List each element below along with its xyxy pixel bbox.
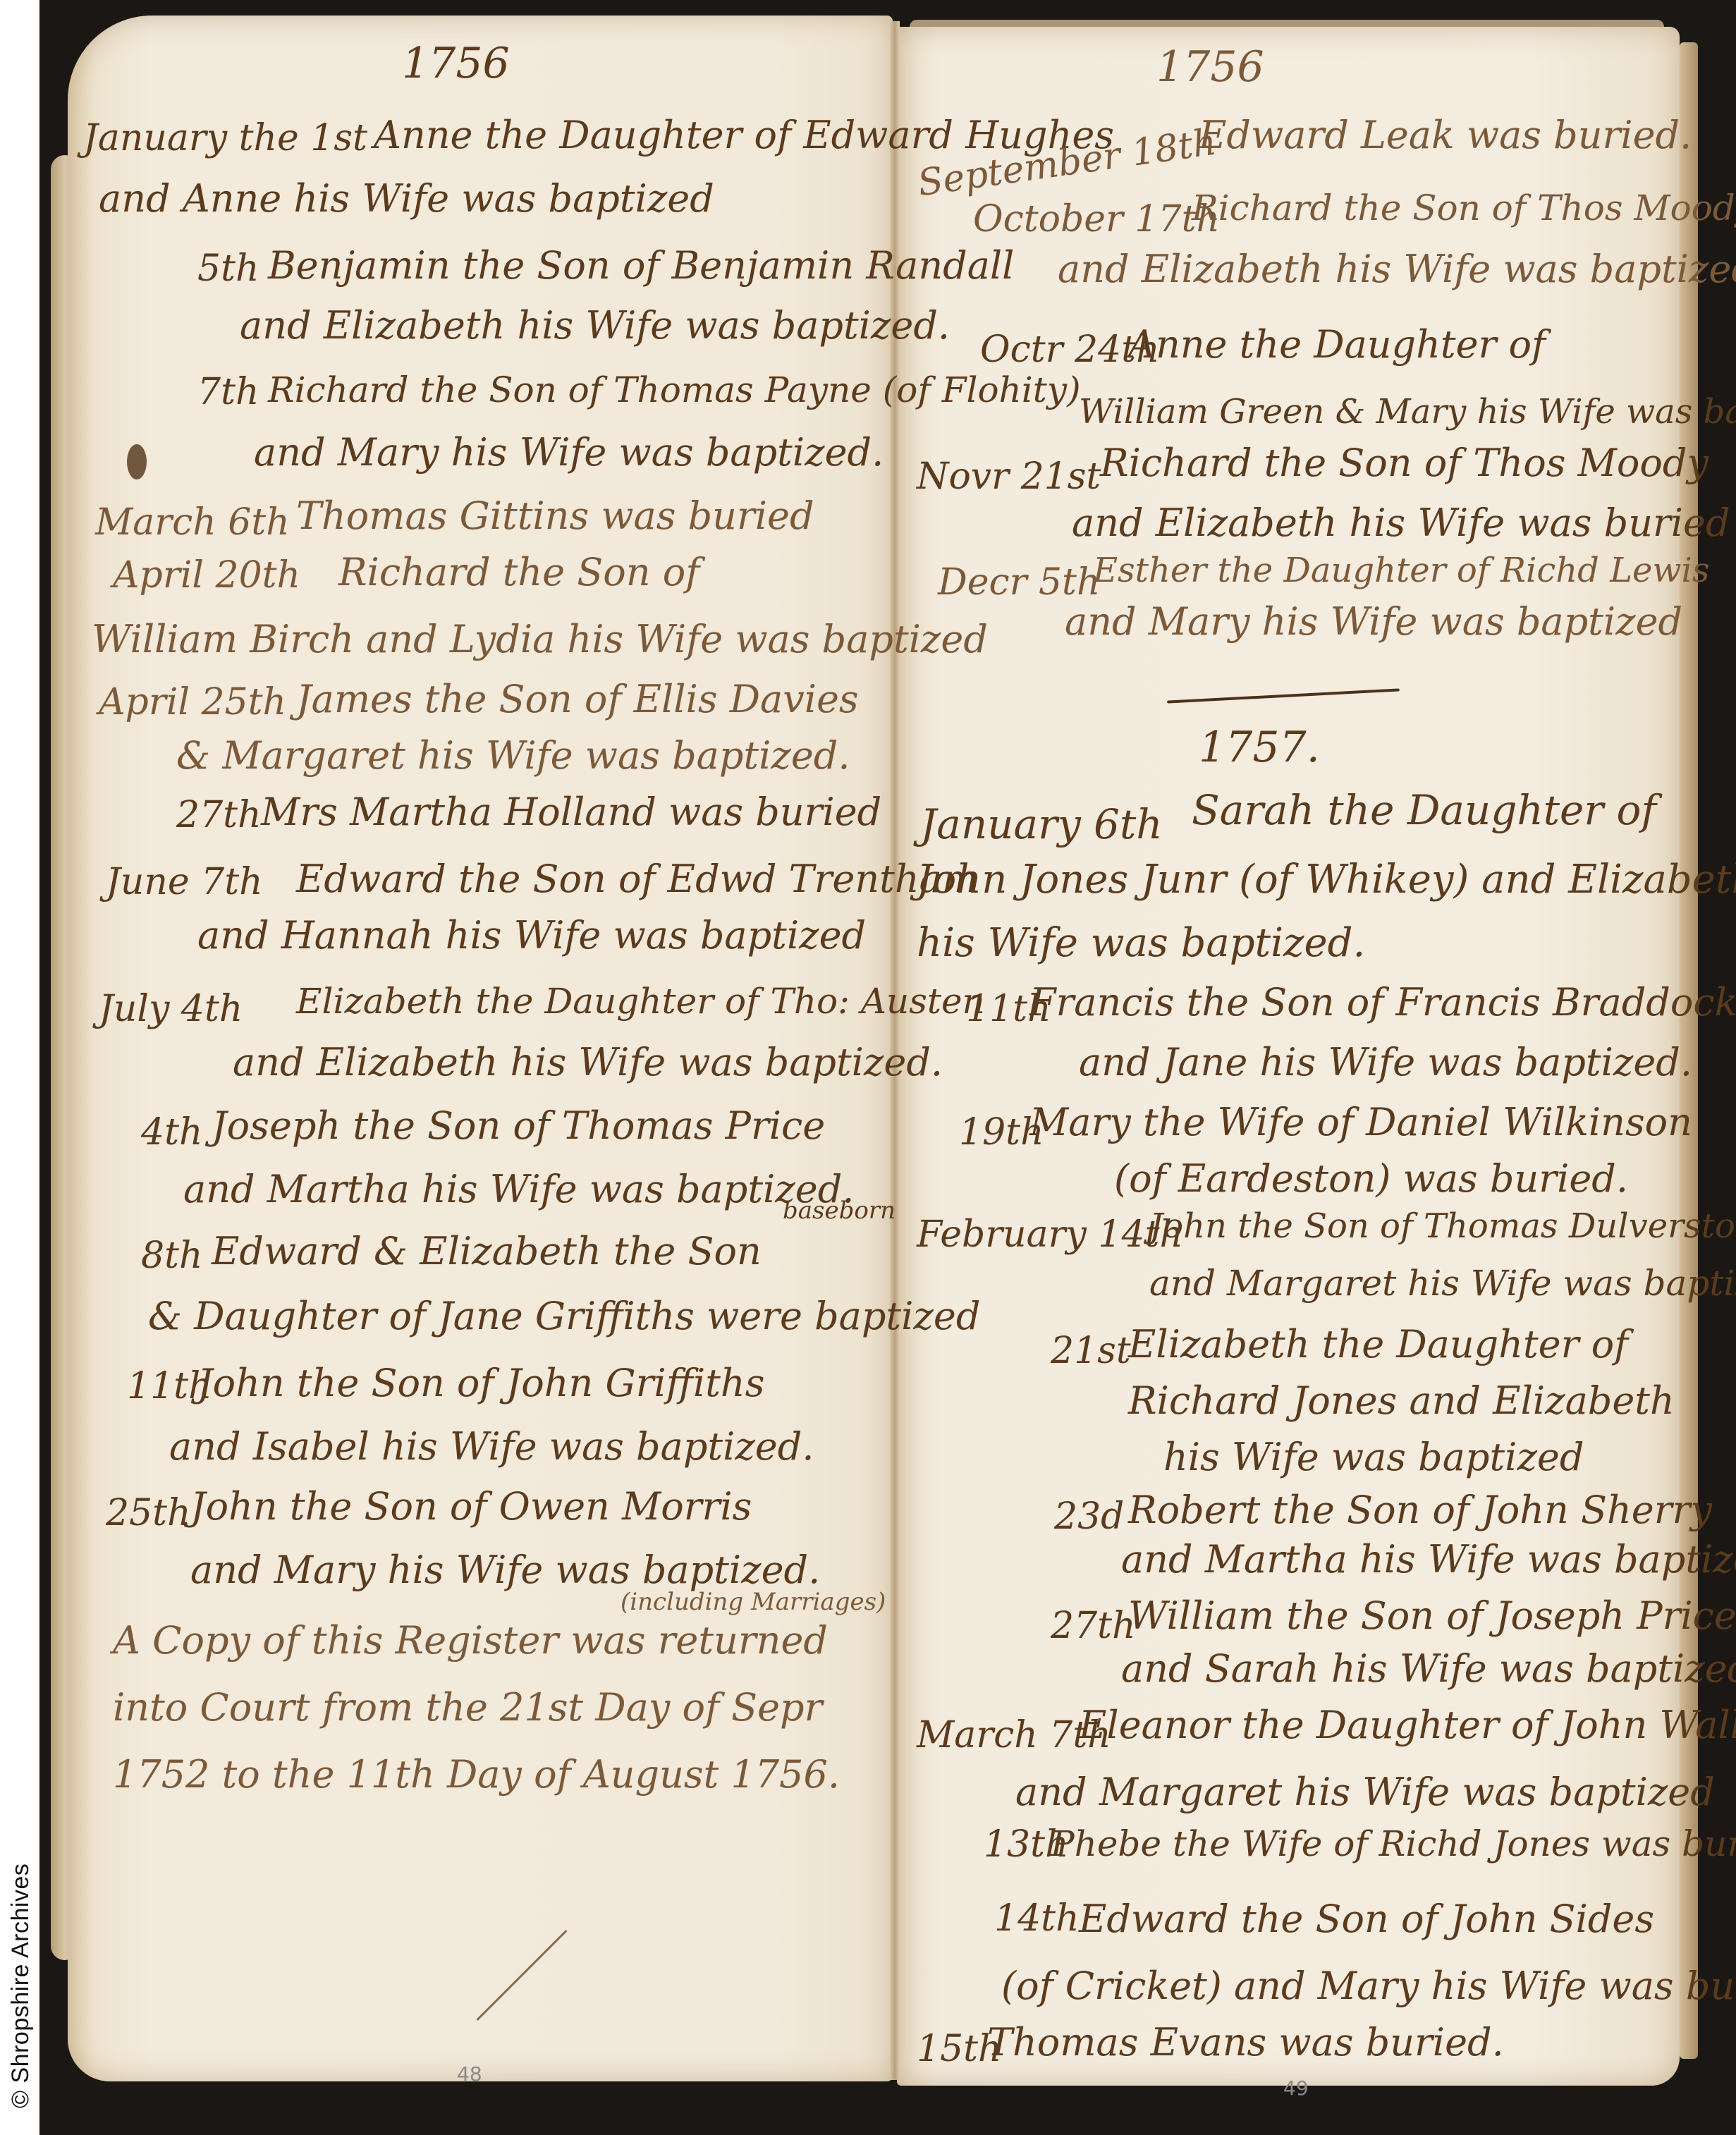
- entry-date: 27th: [176, 797, 262, 833]
- entry-text: William Birch and Lydia his Wife was bap…: [92, 620, 988, 659]
- entry-date: October 17th: [973, 201, 1220, 238]
- entry-text: Richard the Son of Thos Moody: [1100, 444, 1709, 482]
- entry-text: and Mary his Wife was baptized.: [190, 1551, 820, 1589]
- entry-date: Novr 21st: [917, 458, 1101, 495]
- interlinear-note: (including Marriages): [621, 1590, 886, 1614]
- copyright-watermark: © Shropshire Archives: [7, 1864, 35, 2108]
- entry-date: 23d: [1054, 1498, 1124, 1535]
- entry-text: and Martha his Wife was baptized: [1121, 1541, 1736, 1579]
- entry-text: Anne the Daughter of Edward Hughes: [374, 116, 1114, 154]
- entry-date: April 25th: [99, 684, 286, 721]
- entry-text: Elizabeth the Daughter of: [1128, 1326, 1628, 1364]
- entry-text: and Elizabeth his Wife was baptized.: [1058, 250, 1736, 288]
- entry-text: and Elizabeth his Wife was buried: [1072, 504, 1730, 542]
- entry-text: Eleanor the Daughter of John Wall: [1079, 1706, 1736, 1744]
- year-1757-heading: 1757.: [1199, 726, 1320, 769]
- copyright-strip: [0, 0, 39, 2135]
- entry-text: & Margaret his Wife was baptized.: [176, 737, 850, 775]
- entry-text: William Green & Mary his Wife was baptiz…: [1079, 395, 1736, 429]
- entry-date: 8th: [141, 1237, 202, 1274]
- entry-text: Elizabeth the Daughter of Tho: Austen: [296, 984, 985, 1019]
- entry-text: and Martha his Wife was baptized.: [183, 1170, 854, 1209]
- entry-text: Sarah the Daughter of: [1192, 790, 1656, 831]
- entry-text: Francis the Son of Francis Braddock: [1029, 984, 1736, 1022]
- entry-text: and Mary his Wife was baptized.: [254, 434, 884, 472]
- entry-text: James the Son of Ellis Davies: [296, 680, 859, 718]
- entry-text: his Wife was baptized.: [917, 924, 1365, 963]
- entry-text: (of Cricket) and Mary his Wife was burie…: [1001, 1967, 1736, 2005]
- entry-text: Thomas Gittins was buried: [296, 497, 814, 535]
- entry-text: Phebe the Wife of Richd Jones was buried…: [1051, 1826, 1736, 1861]
- entry-text: and Isabel his Wife was baptized.: [169, 1428, 814, 1466]
- entry-text: 1752 to the 11th Day of August 1756.: [113, 1756, 840, 1794]
- entry-date: 21st: [1051, 1333, 1131, 1369]
- entry-date: July 4th: [99, 991, 243, 1027]
- entry-text: and Margaret his Wife was baptized.: [1149, 1266, 1736, 1301]
- entry-text: Robert the Son of John Sherry: [1128, 1491, 1712, 1529]
- entry-date: January 6th: [920, 804, 1163, 845]
- entry-text: Richard Jones and Elizabeth: [1128, 1382, 1675, 1420]
- entry-text: Edward the Son of John Sides: [1079, 1900, 1654, 1938]
- entry-date: March 6th: [95, 504, 290, 541]
- right-folio-number: 49: [1283, 2076, 1309, 2100]
- entry-text: William the Son of Joseph Price: [1128, 1597, 1736, 1635]
- left-year-heading: 1756: [402, 42, 510, 85]
- entry-text: Joseph the Son of Thomas Price: [212, 1107, 825, 1145]
- entry-text: Edward the Son of Edwd Trentham: [296, 860, 978, 898]
- interlinear-note: baseborn: [783, 1199, 895, 1223]
- entry-date: 25th: [106, 1495, 191, 1531]
- entry-date: June 7th: [106, 864, 263, 900]
- entry-text: and Mary his Wife was baptized: [1065, 603, 1682, 641]
- entry-date: 4th: [141, 1114, 202, 1151]
- ink-blot: [127, 444, 147, 479]
- entry-text: Richard the Son of Thos Moody: [1192, 190, 1736, 226]
- entry-text: John the Son of Owen Morris: [190, 1488, 752, 1526]
- entry-text: John Jones Junr (of Whikey) and Elizabet…: [917, 860, 1736, 900]
- entry-text: & Daughter of Jane Griffiths were baptiz…: [148, 1297, 980, 1335]
- entry-text: Edward Leak was buried.: [1199, 116, 1692, 154]
- entry-date: April 20th: [113, 557, 300, 594]
- left-folio-number: 48: [457, 2062, 482, 2086]
- right-year-heading: 1756: [1156, 46, 1264, 88]
- entry-date: 14th: [994, 1900, 1080, 1937]
- entry-text: and Margaret his Wife was baptized: [1015, 1773, 1715, 1811]
- entry-text: and Hannah his Wife was baptized: [197, 917, 866, 955]
- entry-text: his Wife was baptized: [1163, 1438, 1584, 1476]
- entry-date: 7th: [197, 374, 259, 410]
- entry-text: Benjamin the Son of Benjamin Randall: [268, 247, 1014, 285]
- entry-date: 5th: [197, 250, 259, 287]
- entry-text: and Elizabeth his Wife was baptized.: [240, 307, 950, 345]
- entry-text: Anne the Daughter of: [1128, 326, 1546, 364]
- entry-text: (of Eardeston) was buried.: [1114, 1160, 1628, 1198]
- entry-text: Richard the Son of Thomas Payne (of Floh…: [268, 372, 1081, 408]
- entry-text: and Sarah his Wife was baptized: [1121, 1650, 1736, 1688]
- entry-text: Thomas Evans was buried.: [987, 2024, 1504, 2062]
- entry-date: 27th: [1051, 1608, 1136, 1644]
- entry-text: into Court from the 21st Day of Sepr: [113, 1689, 822, 1727]
- entry-date: February 14th: [917, 1216, 1183, 1253]
- entry-text: Mary the Wife of Daniel Wilkinson: [1029, 1103, 1692, 1142]
- entry-text: John the Son of John Griffiths: [197, 1364, 764, 1402]
- entry-text: and Jane his Wife was baptized.: [1079, 1044, 1692, 1082]
- entry-text: Mrs Martha Holland was buried: [261, 793, 881, 831]
- entry-text: Esther the Daughter of Richd Lewis: [1093, 553, 1709, 587]
- entry-text: and Anne his Wife was baptized: [99, 180, 714, 218]
- entry-text: Edward & Elizabeth the Son: [212, 1232, 762, 1271]
- entry-text: and Elizabeth his Wife was baptized.: [233, 1044, 943, 1082]
- entry-text: John the Son of Thomas Dulverston: [1149, 1209, 1736, 1243]
- entry-date: Decr 5th: [938, 564, 1100, 601]
- entry-text: A Copy of this Register was returned: [113, 1622, 828, 1660]
- entry-text: Richard the Son of: [338, 553, 699, 592]
- entry-date: January the 1st: [83, 120, 367, 157]
